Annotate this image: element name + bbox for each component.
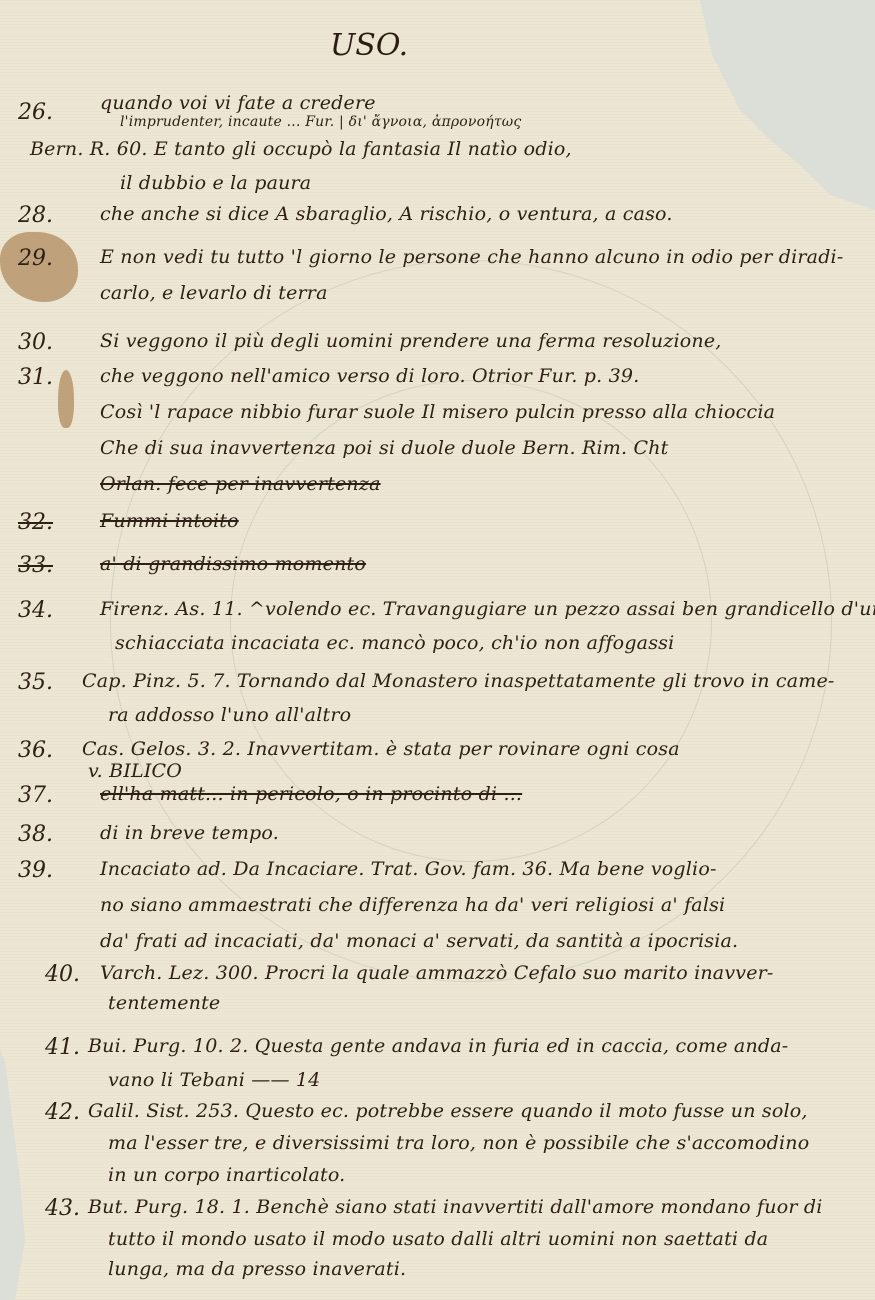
- manuscript-page: USO. 26. quando voi vi fate a credere l'…: [0, 0, 875, 1300]
- entry-line-struck: ell'ha matt... in pericolo, o in procint…: [100, 783, 522, 805]
- entry-line: di in breve tempo.: [100, 822, 279, 844]
- entry-line: Cas. Gelos. 3. 2. Inavvertitam. è stata …: [82, 738, 680, 760]
- entry-line: schiacciata incaciata ec. mancò poco, ch…: [115, 632, 674, 654]
- entry-number: 37.: [18, 783, 53, 808]
- entry-line: Bern. R. 60. E tanto gli occupò la fanta…: [30, 138, 572, 160]
- entry-line: no siano ammaestrati che differenza ha d…: [100, 894, 725, 916]
- entry-line: Che di sua inavvertenza poi si duole duo…: [100, 437, 669, 459]
- entry-line-struck: Orlan. fece per inavvertenza: [100, 473, 381, 495]
- entry-number: 43.: [45, 1196, 80, 1221]
- entry-number: 26.: [18, 100, 53, 125]
- entry-line: tentemente: [108, 992, 220, 1014]
- entry-line: carlo, e levarlo di terra: [100, 282, 328, 304]
- entry-number: 39.: [18, 858, 53, 883]
- entry-number: 41.: [45, 1035, 80, 1060]
- entry-number: 34.: [18, 598, 53, 623]
- water-stain-small: [58, 370, 74, 428]
- entry-line: in un corpo inarticolato.: [108, 1164, 345, 1186]
- entry-line: ma l'esser tre, e diversissimi tra loro,…: [108, 1132, 809, 1154]
- entry-line: But. Purg. 18. 1. Benchè siano stati ina…: [88, 1196, 823, 1218]
- entry-number: 42.: [45, 1100, 80, 1125]
- entry-number: 33.: [18, 553, 53, 578]
- entry-line: quando voi vi fate a credere: [100, 92, 376, 114]
- entry-line: E non vedi tu tutto 'l giorno le persone…: [100, 246, 843, 268]
- entry-line: Varch. Lez. 300. Procri la quale ammazzò…: [100, 962, 774, 984]
- entry-line: lunga, ma da presso inaverati.: [108, 1258, 406, 1280]
- entry-number: 29.: [18, 246, 53, 271]
- entry-number: 38.: [18, 822, 53, 847]
- entry-line: l'imprudenter, incaute ... Fur. | δι' ἄγ…: [120, 114, 521, 130]
- entry-number: 31.: [18, 365, 53, 390]
- entry-line: vano li Tebani —— 14: [108, 1069, 320, 1091]
- entry-line: Firenz. As. 11. ^volendo ec. Travangugia…: [100, 598, 875, 620]
- entry-number: 36.: [18, 738, 53, 763]
- entry-line: Così 'l rapace nibbio furar suole Il mis…: [100, 401, 775, 423]
- entry-line: Galil. Sist. 253. Questo ec. potrebbe es…: [88, 1100, 808, 1122]
- entry-line: tutto il mondo usato il modo usato dalli…: [108, 1228, 768, 1250]
- entry-line: che veggono nell'amico verso di loro. Ot…: [100, 365, 639, 387]
- entry-number: 40.: [45, 962, 80, 987]
- entry-line-struck: Fummi intoito: [100, 510, 239, 532]
- entry-line: Si veggono il più degli uomini prendere …: [100, 330, 722, 352]
- page-title: USO.: [330, 28, 408, 63]
- entry-number: 32.: [18, 510, 53, 535]
- entry-line: da' frati ad incaciati, da' monaci a' se…: [100, 930, 738, 952]
- entry-number: 30.: [18, 330, 53, 355]
- entry-number: 28.: [18, 203, 53, 228]
- entry-line: che anche si dice A sbaraglio, A rischio…: [100, 203, 673, 225]
- entry-line: v. BILICO: [88, 760, 182, 782]
- entry-line: Bui. Purg. 10. 2. Questa gente andava in…: [88, 1035, 788, 1057]
- entry-line: il dubbio e la paura: [120, 172, 311, 194]
- entry-line: ra addosso l'uno all'altro: [108, 704, 351, 726]
- entry-number: 35.: [18, 670, 53, 695]
- entry-line: Incaciato ad. Da Incaciare. Trat. Gov. f…: [100, 858, 717, 880]
- entry-line-struck: a' di grandissimo momento: [100, 553, 366, 575]
- entry-line: Cap. Pinz. 5. 7. Tornando dal Monastero …: [82, 670, 835, 692]
